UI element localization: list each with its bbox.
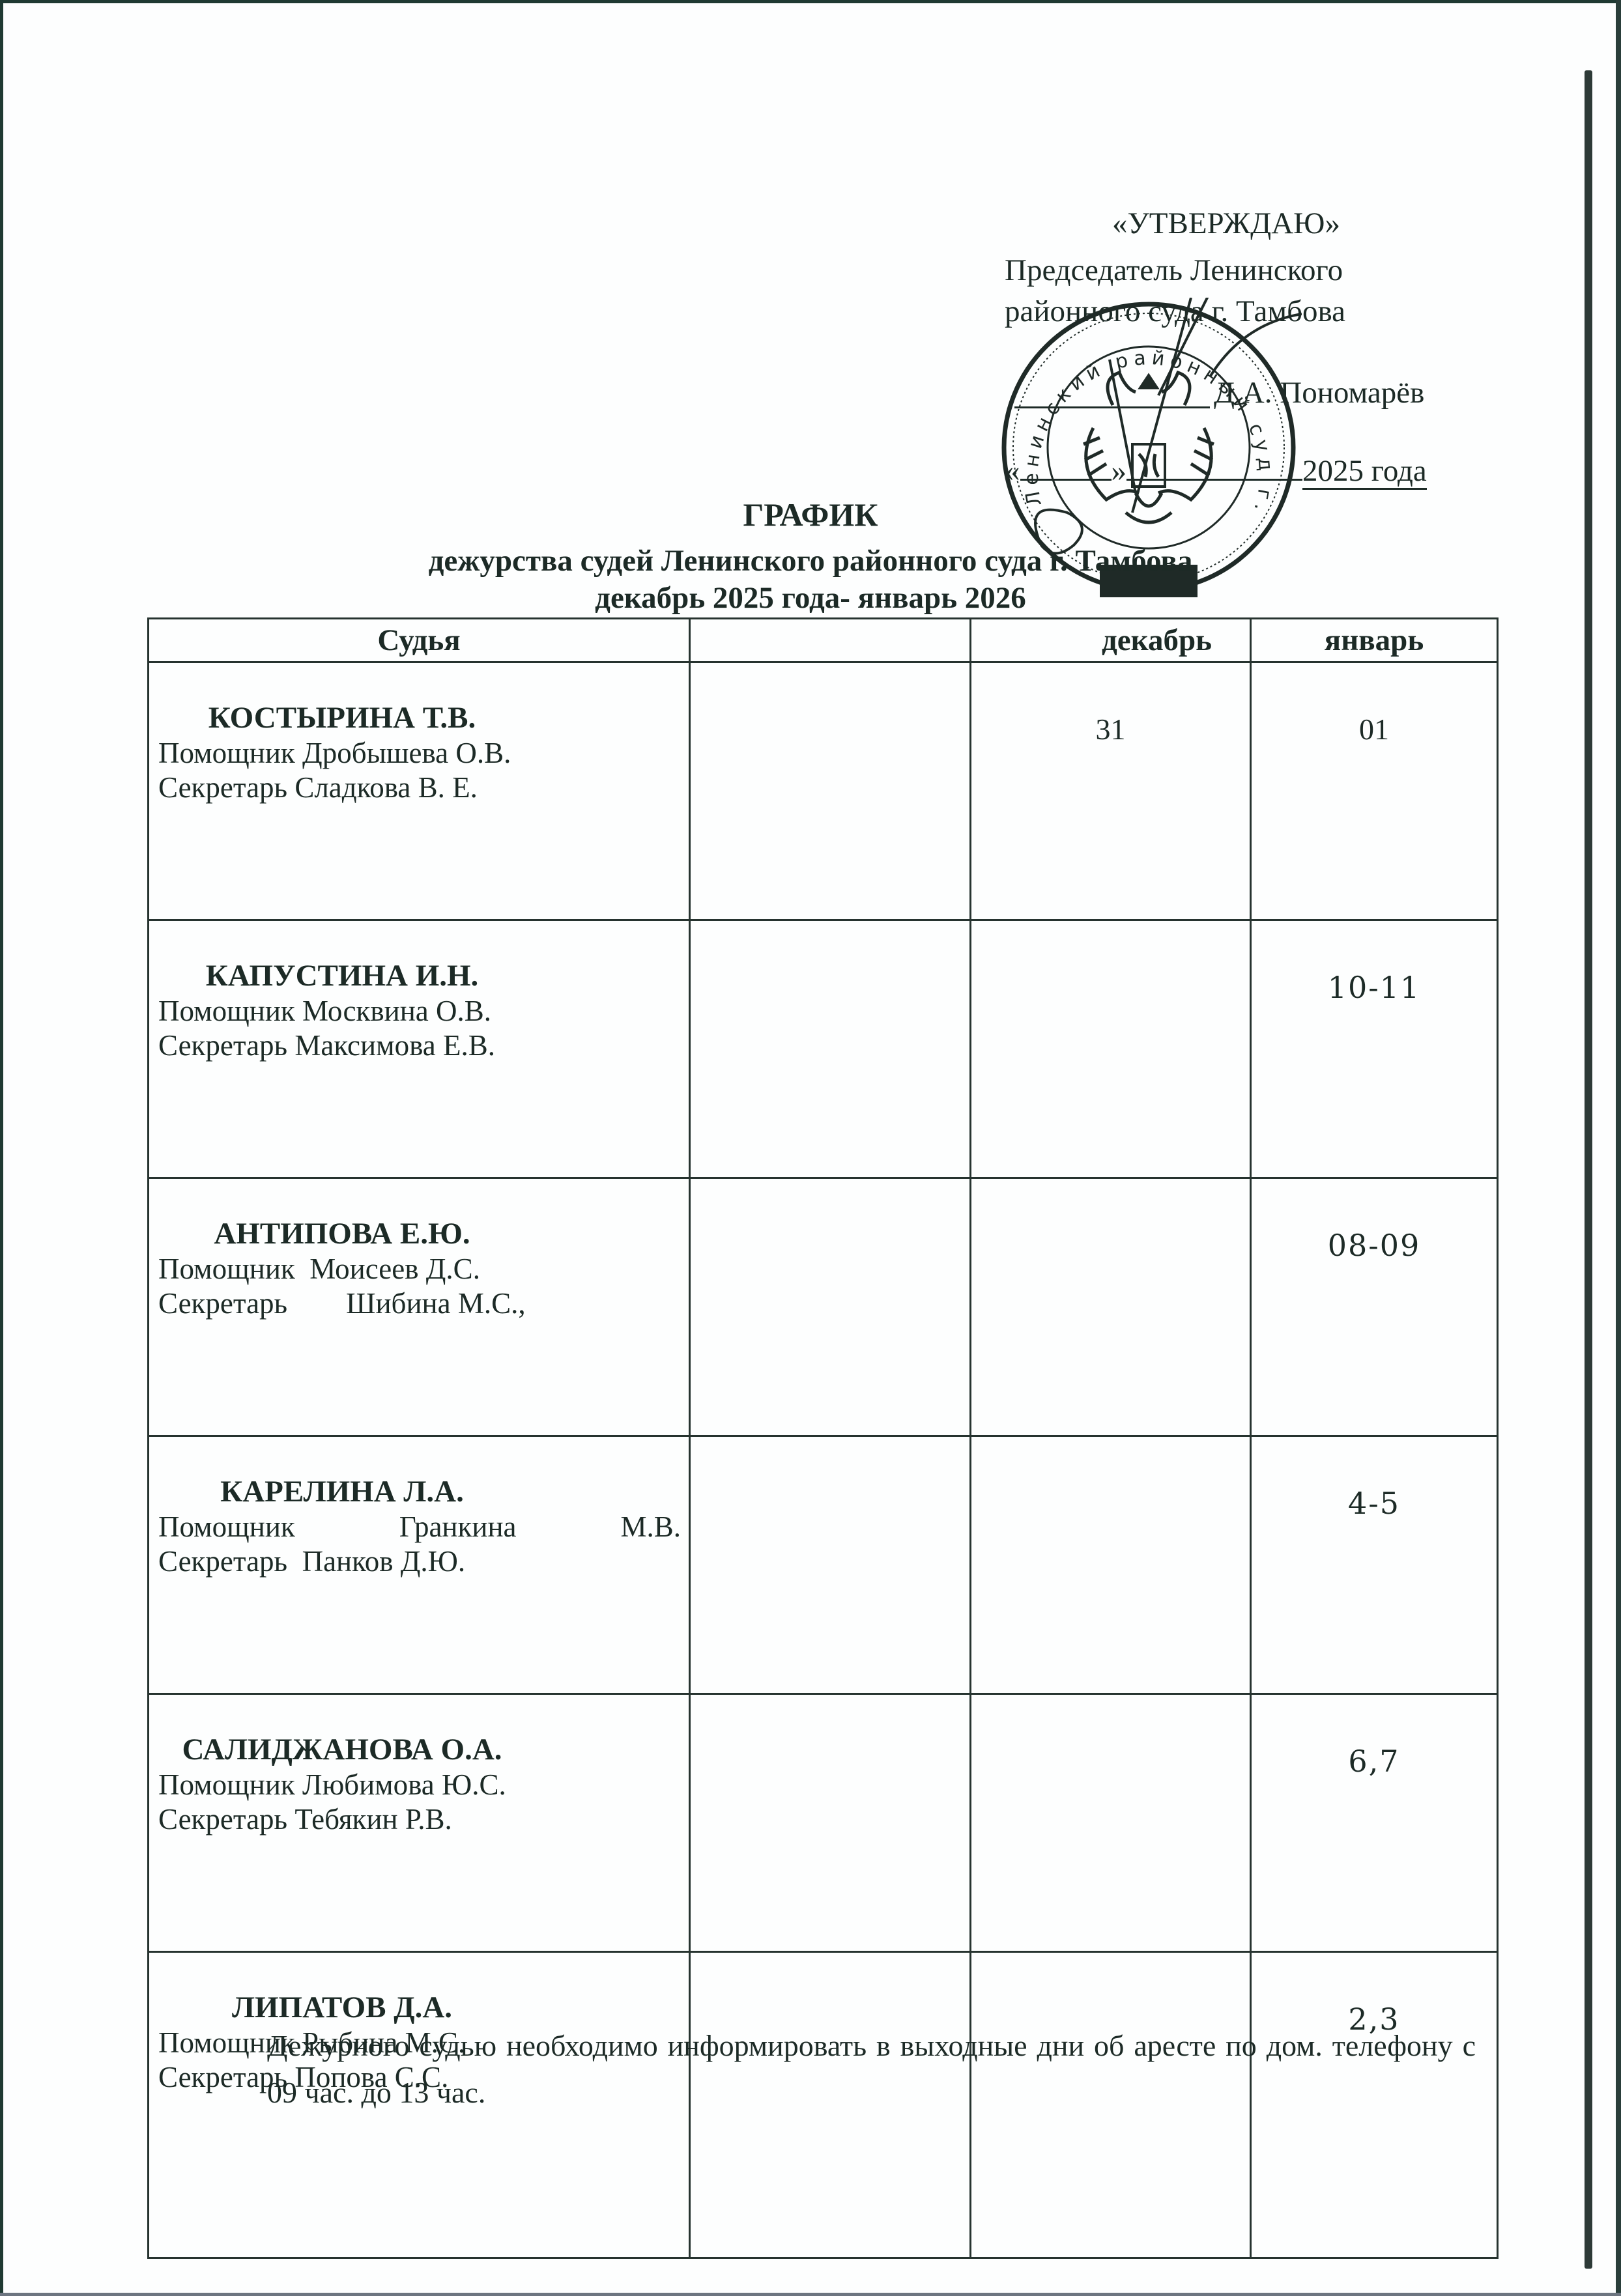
table-row: САЛИДЖАНОВА О.А. Помощник Любимова Ю.С. … [149, 1694, 1498, 1952]
approval-title: «УТВЕРЖДАЮ» [1112, 208, 1340, 239]
assistant-line: Помощник Москвина О.В. [158, 994, 689, 1028]
judge-name: КОСТЫРИНА Т.В. [158, 700, 689, 736]
blank-cell [690, 1694, 971, 1952]
scan-fold-line [1585, 70, 1592, 2269]
judge-name: КАПУСТИНА И.Н. [158, 957, 689, 994]
january-cell: 4-5 [1251, 1436, 1498, 1694]
secretary-line: Секретарь Тебякин Р.В. [158, 1802, 689, 1837]
december-cell [971, 1178, 1251, 1436]
document-subtitle: дежурства судей Ленинского районного суд… [0, 546, 1621, 576]
duty-notification-note: Дежурного судью необходимо информировать… [267, 2022, 1476, 2116]
judge-name: АНТИПОВА Е.Ю. [158, 1215, 689, 1252]
january-cell: 10-11 [1251, 920, 1498, 1178]
secretary-line: Секретарь Шибина М.С., [158, 1286, 689, 1321]
assistant-line: Помощник Дробышева О.В. [158, 736, 689, 771]
assistant-line: Помощник Гранкина М.В. [158, 1510, 689, 1544]
header-december: декабрь [971, 619, 1251, 662]
december-cell [971, 920, 1251, 1178]
january-cell: 08-09 [1251, 1178, 1498, 1436]
blank-cell [690, 662, 971, 920]
table-header-row: Судья декабрь январь [149, 619, 1498, 662]
header-blank [690, 619, 971, 662]
judge-name: САЛИДЖАНОВА О.А. [158, 1731, 689, 1768]
january-cell: 6,7 [1251, 1694, 1498, 1952]
approval-position-line1: Председатель Ленинского [1005, 255, 1343, 286]
judge-cell: КАРЕЛИНА Л.А. Помощник Гранкина М.В. Сек… [149, 1436, 690, 1694]
judge-name: ЛИПАТОВ Д.А. [158, 1989, 689, 2026]
date-year: 2025 года [1302, 454, 1427, 490]
document-period: декабрь 2025 года- январь 2026 [0, 583, 1621, 614]
duty-schedule-table: Судья декабрь январь КОСТЫРИНА Т.В. Помо… [147, 617, 1499, 2259]
december-cell: 31 [971, 662, 1251, 920]
december-cell [971, 1436, 1251, 1694]
judge-cell: КАПУСТИНА И.Н. Помощник Москвина О.В. Се… [149, 920, 690, 1178]
header-judge: Судья [149, 619, 690, 662]
judge-name: КАРЕЛИНА Л.А. [158, 1473, 689, 1510]
assistant-line: Помощник Моисеев Д.С. [158, 1252, 689, 1286]
scan-border-left [0, 0, 3, 2296]
document-title: ГРАФИК [0, 498, 1621, 531]
secretary-line: Секретарь Панков Д.Ю. [158, 1544, 689, 1579]
secretary-line: Секретарь Максимова Е.В. [158, 1028, 689, 1063]
judge-cell: САЛИДЖАНОВА О.А. Помощник Любимова Ю.С. … [149, 1694, 690, 1952]
table-row: КАРЕЛИНА Л.А. Помощник Гранкина М.В. Сек… [149, 1436, 1498, 1694]
secretary-line: Секретарь Сладкова В. Е. [158, 771, 689, 805]
assistant-line: Помощник Любимова Ю.С. [158, 1768, 689, 1802]
table-row: КОСТЫРИНА Т.В. Помощник Дробышева О.В. С… [149, 662, 1498, 920]
judge-cell: КОСТЫРИНА Т.В. Помощник Дробышева О.В. С… [149, 662, 690, 920]
judge-cell: АНТИПОВА Е.Ю. Помощник Моисеев Д.С. Секр… [149, 1178, 690, 1436]
header-january: январь [1251, 619, 1498, 662]
table-row: АНТИПОВА Е.Ю. Помощник Моисеев Д.С. Секр… [149, 1178, 1498, 1436]
scan-border-top [0, 0, 1621, 3]
blank-cell [690, 920, 971, 1178]
january-cell: 01 [1251, 662, 1498, 920]
blank-cell [690, 1436, 971, 1694]
scan-border-bottom [0, 2293, 1621, 2296]
table-row: КАПУСТИНА И.Н. Помощник Москвина О.В. Се… [149, 920, 1498, 1178]
blank-cell [690, 1178, 971, 1436]
scan-border-right [1616, 0, 1621, 2296]
december-cell [971, 1694, 1251, 1952]
